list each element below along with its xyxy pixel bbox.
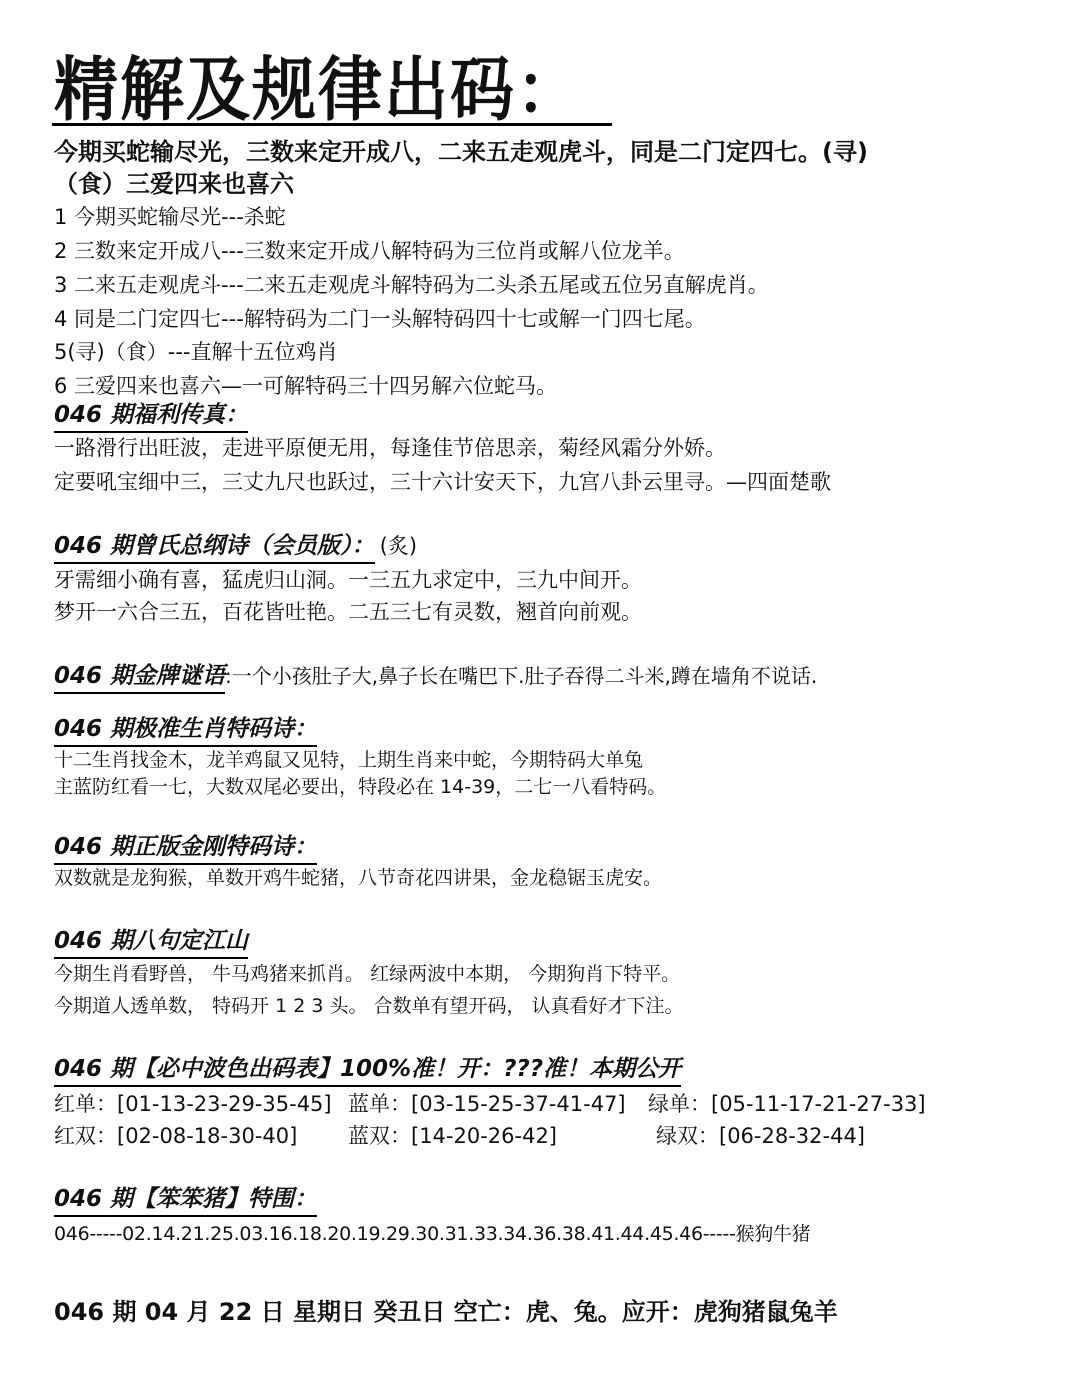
intro-line-1: 今期买蛇输尽光，三数来定开成八，二来五走观虎斗，同是二门定四七。(寻) — [54, 136, 868, 168]
bose-red-double: 红双：[02-08-18-30-40] — [54, 1122, 297, 1150]
bose-green-single: 绿单：[05-11-17-21-27-33] — [648, 1090, 926, 1118]
fuli-line-1: 一路滑行出旺波，走进平原便无用，每逢佳节倍思亲，菊经风霜分外娇。 — [54, 434, 726, 462]
rule-item-4: 4 同是二门定四七---解特码为二门一头解特码四十七或解一门四七尾。 — [54, 305, 706, 333]
zengshi-tail: (炙) — [380, 534, 417, 558]
title-underline — [52, 123, 612, 126]
section-heading-jingang: 046 期正版金刚特码诗： — [54, 832, 317, 865]
section-heading-bajv: 046 期八句定江山 — [54, 926, 248, 959]
benzhu-numbers: 046-----02.14.21.25.03.16.18.20.19.29.30… — [54, 1220, 810, 1248]
jizhun-line-2: 主蓝防红看一七，大数双尾必要出，特段必在 14-39，二七一八看特码。 — [54, 773, 666, 801]
fuli-line-2: 定要吼宝细中三，三丈九尺也跃过，三十六计安天下，九宫八卦云里寻。—四面楚歌 — [54, 468, 831, 496]
section-heading-fuli: 046 期福利传真： — [54, 400, 248, 433]
rule-item-3: 3 二来五走观虎斗---二来五走观虎斗解特码为二头杀五尾或五位另直解虎肖。 — [54, 271, 769, 299]
section-heading-jizhun: 046 期极准生肖特码诗： — [54, 714, 317, 747]
section-jinpai: 046 期金牌谜语:一个小孩肚子大,鼻子长在嘴巴下.肚子吞得二斗米,蹲在墙角不说… — [54, 660, 817, 694]
rule-item-5: 5(寻)（食）---直解十五位鸡肖 — [54, 338, 337, 366]
bose-blue-single: 蓝单：[03-15-25-37-41-47] — [348, 1090, 626, 1118]
jingang-line-1: 双数就是龙狗猴，单数开鸡牛蛇猪，八节奇花四讲果，金龙稳锯玉虎安。 — [54, 864, 662, 892]
page-title: 精解及规律出码： — [54, 52, 582, 130]
section-zengshi-header: 046 期曾氏总纲诗（会员版）： (炙) — [54, 530, 417, 564]
bose-green-double: 绿双：[06-28-32-44] — [656, 1122, 865, 1150]
bose-red-single: 红单：[01-13-23-29-35-45] — [54, 1090, 332, 1118]
rule-item-1: 1 今期买蛇输尽光---杀蛇 — [54, 203, 286, 231]
jizhun-line-1: 十二生肖找金木，龙羊鸡鼠又见特，上期生肖来中蛇，今期特码大单兔 — [54, 746, 643, 774]
section-heading-bose: 046 期【必中波色出码表】100%准！开：???准！本期公开 — [54, 1054, 681, 1087]
bajv-line-1: 今期生肖看野兽， 牛马鸡猪来抓肖。 红绿两波中本期， 今期狗肖下特平。 — [54, 960, 680, 988]
section-heading-zengshi: 046 期曾氏总纲诗（会员版）： — [54, 531, 375, 564]
footer-date-line: 046 期 04 月 22 日 星期日 癸丑日 空亡：虎、兔。应开：虎狗猪鼠兔羊 — [54, 1296, 838, 1328]
intro-line-2: （食）三爱四来也喜六 — [54, 168, 294, 200]
rule-item-6: 6 三爱四来也喜六—一可解特码三十四另解六位蛇马。 — [54, 372, 557, 400]
bose-blue-double: 蓝双：[14-20-26-42] — [348, 1122, 557, 1150]
jinpai-riddle: :一个小孩肚子大,鼻子长在嘴巴下.肚子吞得二斗米,蹲在墙角不说话. — [225, 664, 817, 688]
zengshi-line-2: 梦开一六合三五，百花皆吐艳。二五三七有灵数，翘首向前观。 — [54, 598, 642, 626]
bajv-line-2: 今期道人透单数， 特码开 1 2 3 头。 合数单有望开码， 认真看好才下注。 — [54, 992, 684, 1020]
zengshi-line-1: 牙需细小确有喜，猛虎归山洞。一三五九求定中，三九中间开。 — [54, 566, 642, 594]
section-heading-benzhu: 046 期【笨笨猪】特围： — [54, 1184, 317, 1217]
section-heading-jinpai: 046 期金牌谜语 — [54, 661, 225, 694]
rule-item-2: 2 三数来定开成八---三数来定开成八解特码为三位肖或解八位龙羊。 — [54, 237, 685, 265]
